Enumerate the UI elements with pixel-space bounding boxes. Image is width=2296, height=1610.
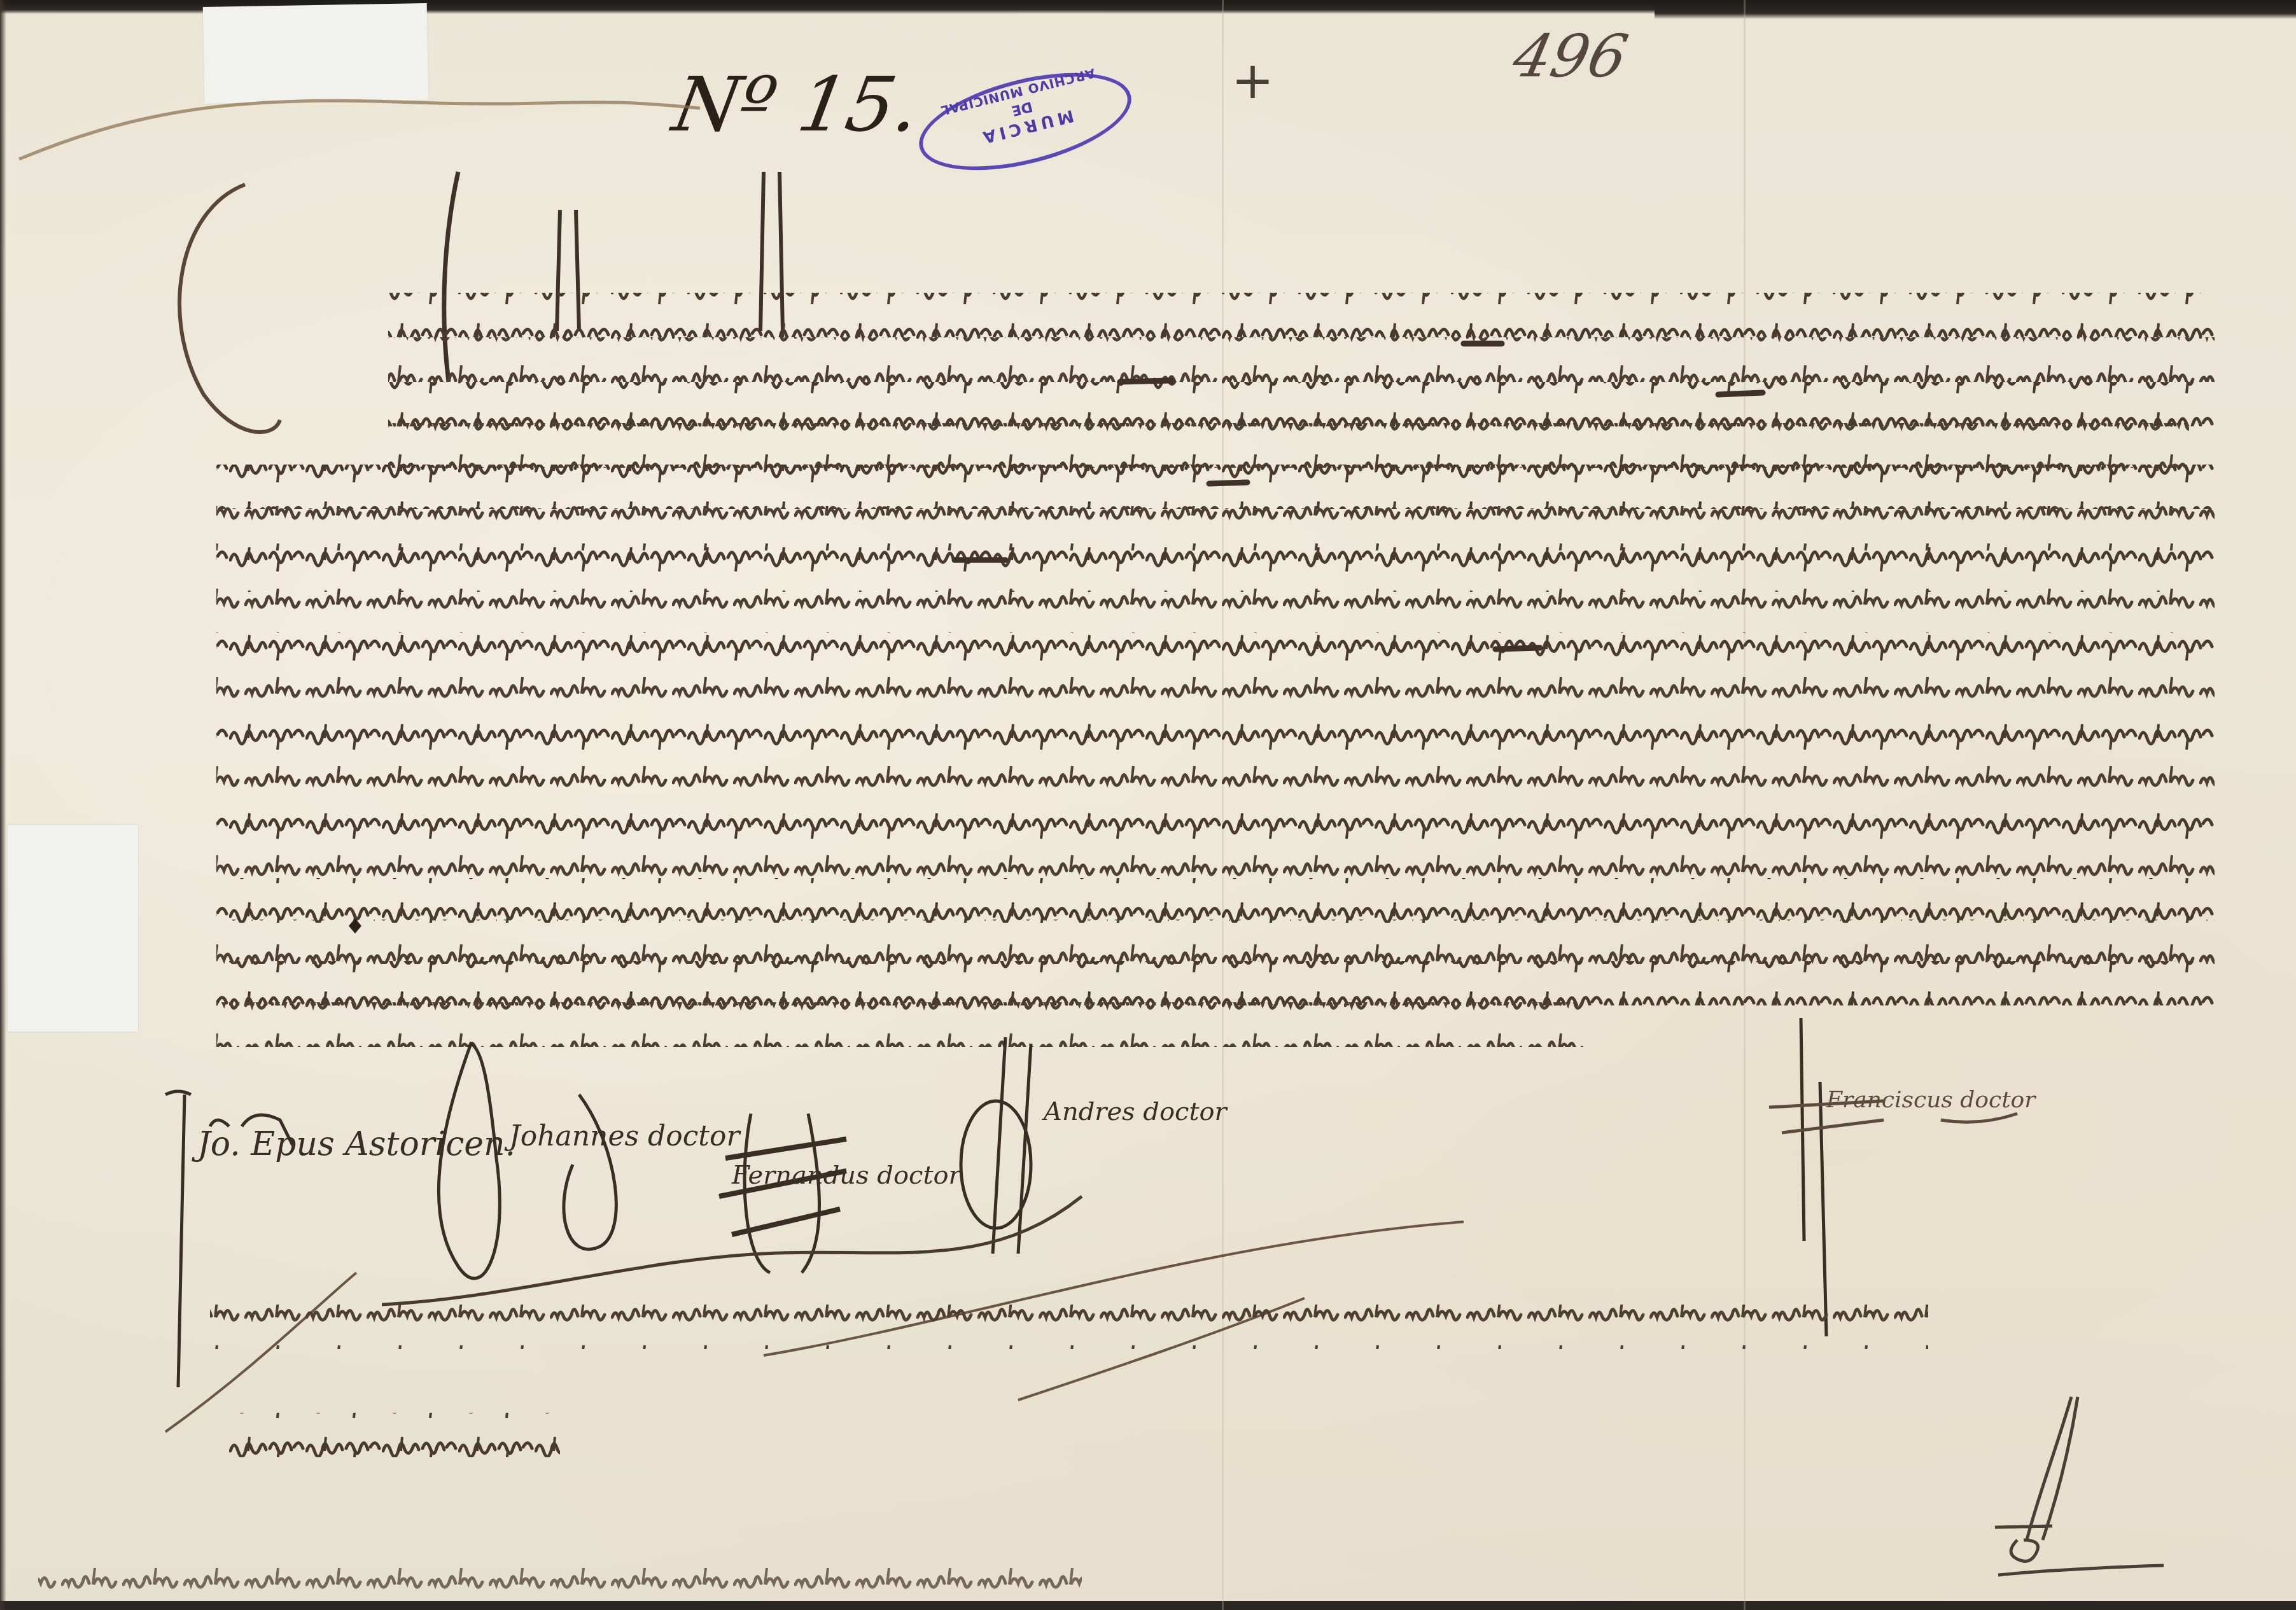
body-text-lines (216, 293, 2215, 1047)
svg-text:Johannes doctor: Johannes doctor (504, 1120, 741, 1152)
secretary-line (210, 1305, 1928, 1457)
svg-text:Jo. Epus Astoricen.: Jo. Epus Astoricen. (192, 1125, 515, 1163)
handwriting-layer: Jo. Epus Astoricen. Johannes doctor Fern… (0, 0, 2296, 1610)
secretary-line-1: Yo Alfonso del Marmol escriuano de camar… (210, 1305, 251, 1305)
notarial-sign-icon (1995, 1397, 2164, 1575)
manuscript-page: Nº 15. 496 + MURCIA DE ARCHIVO MUNICIPAL (0, 0, 2296, 1610)
svg-text:Franciscus doctor: Franciscus doctor (1826, 1087, 2036, 1113)
body-opening: Don Fernando e doña Ysabel por la gracia… (388, 293, 479, 293)
secretary-line-2: de los del su consejo (229, 1413, 235, 1413)
svg-text:Fernandus doctor: Fernandus doctor (731, 1161, 963, 1190)
svg-text:Andres doctor: Andres doctor (1041, 1097, 1229, 1126)
registry-note: Registrada Diego de la ... ... cerca de … (25, 1559, 1107, 1597)
signatures: Jo. Epus Astoricen. Johannes doctor Fern… (165, 1018, 2036, 1432)
